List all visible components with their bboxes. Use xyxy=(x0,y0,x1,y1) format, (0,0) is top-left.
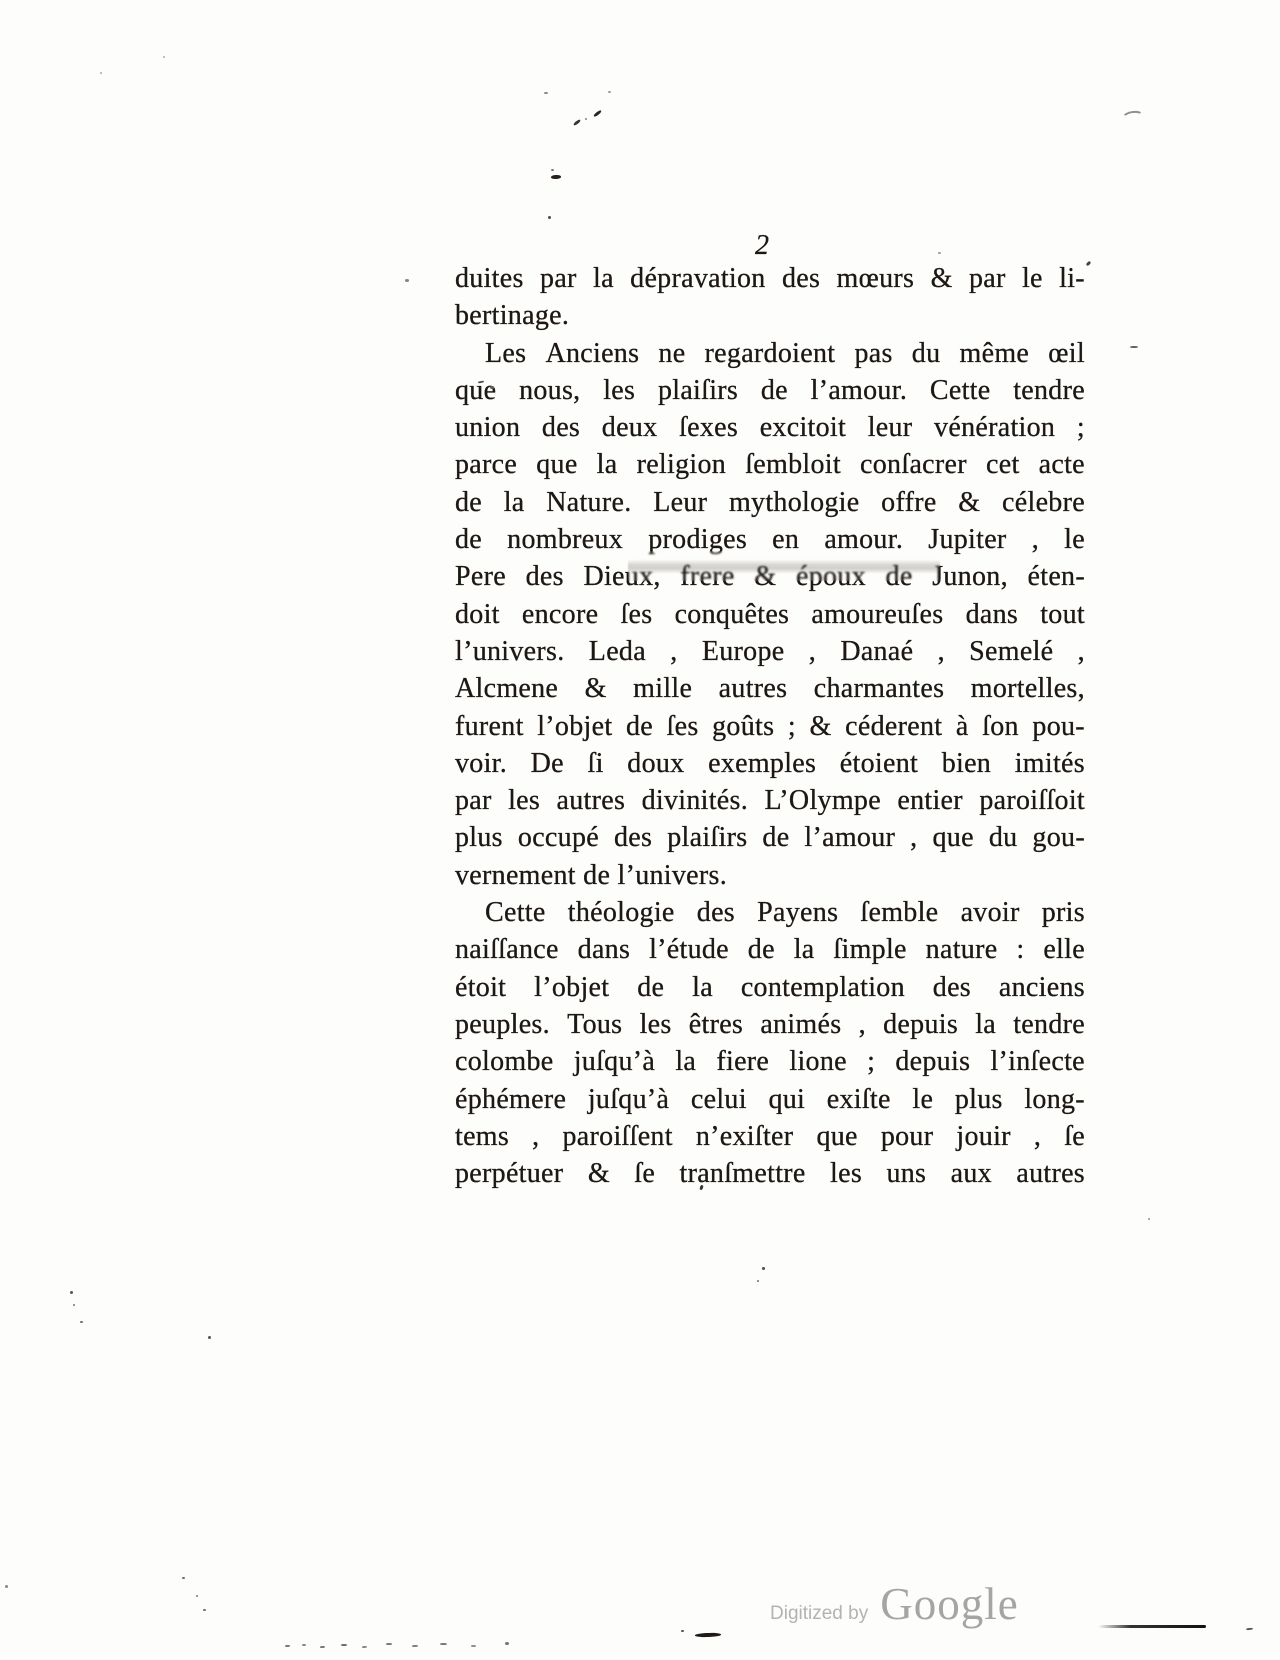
scan-speck xyxy=(762,1267,765,1270)
text-line: parcequelareligionſembloitconſacrercetac… xyxy=(455,446,1085,483)
scan-speck xyxy=(551,169,554,171)
scan-speck xyxy=(608,91,611,93)
scan-speck xyxy=(695,1633,721,1638)
text-line: perpétuer&ſetranſmettrelesunsauxautres xyxy=(455,1155,1085,1192)
scan-speck xyxy=(73,1304,75,1306)
text-line: plusoccupédesplaiſirsdel’amour,quedugou- xyxy=(455,819,1085,856)
paragraph: LesAnciensneregardoientpasdumêmeœilqueno… xyxy=(455,335,1085,894)
scan-speck xyxy=(593,110,602,118)
text-line: uniondesdeuxſexesexcitoitleurvénération; xyxy=(455,409,1085,446)
text-line: duitesparladépravationdesmœurs&parleli- xyxy=(455,260,1085,297)
text-block: duitesparladépravationdesmœurs&parleli-b… xyxy=(455,260,1085,1192)
scan-speck xyxy=(1148,1218,1150,1220)
text-line: quenous,lesplaiſirsdel’amour.Cettetendre xyxy=(455,372,1085,409)
scan-speck xyxy=(490,386,494,389)
scan-speck xyxy=(203,1609,206,1611)
text-line: colombejuſqu’àlafierelione;depuisl’inſec… xyxy=(455,1043,1085,1080)
text-line: tems,paroiſſentn’exiſterquepourjouir,ſe xyxy=(455,1118,1085,1155)
scan-speck xyxy=(681,1630,684,1632)
scan-speck xyxy=(182,1577,185,1579)
text-line: doitencoreſesconquêtesamoureuſesdanstout xyxy=(455,596,1085,633)
text-line: CettethéologiedesPayensſembleavoirpris xyxy=(455,894,1085,931)
text-line: LesAnciensneregardoientpasdumêmeœil xyxy=(455,335,1085,372)
scan-speck xyxy=(405,279,409,282)
scan-speck xyxy=(100,72,102,74)
scan-speck xyxy=(70,1291,73,1294)
scan-speck xyxy=(938,252,941,254)
scan-speck xyxy=(471,1645,476,1647)
scan-speck xyxy=(5,1585,8,1588)
scan-speck xyxy=(208,1336,211,1339)
scan-speck xyxy=(320,1646,325,1648)
scan-speck xyxy=(440,1643,447,1645)
scan-speck xyxy=(80,1321,83,1323)
digitized-by-label: Digitized by xyxy=(770,1603,868,1625)
google-watermark: Digitized by Google xyxy=(770,1578,1070,1630)
scan-speck xyxy=(1130,346,1138,348)
scan-mark-tilde xyxy=(1121,110,1144,125)
text-line: étoitl’objetdelacontemplationdesanciens xyxy=(455,969,1085,1006)
ink-smudge xyxy=(628,551,940,581)
text-line: voir.Deſidouxexemplesétoientbienimités xyxy=(455,745,1085,782)
text-line: l’univers.Leda,Europe,Danaé,Semelé, xyxy=(455,633,1085,670)
scan-speck xyxy=(412,1645,418,1647)
scan-speck xyxy=(505,1642,509,1645)
scan-speck xyxy=(302,1644,306,1646)
scan-speck xyxy=(163,56,165,58)
scan-speck xyxy=(341,1644,347,1646)
scan-speck xyxy=(544,92,548,94)
text-line: naiſſancedansl’étudedelaſimplenature:ell… xyxy=(455,931,1085,968)
text-line: furentl’objetdeſesgoûts;&céderentàſonpou… xyxy=(455,708,1085,745)
text-line: bertinage. xyxy=(455,297,1085,334)
page: 2 duitesparladépravationdesmœurs&parleli… xyxy=(0,0,1280,1660)
scan-speck xyxy=(585,118,587,120)
scan-speck xyxy=(757,1280,759,1282)
scan-speck xyxy=(1086,261,1092,267)
page-number: 2 xyxy=(746,230,778,262)
text-line: delaNature.Leurmythologieoffre&célebre xyxy=(455,484,1085,521)
text-line: peuples.Touslesêtresanimés,depuislatendr… xyxy=(455,1006,1085,1043)
scan-speck xyxy=(551,175,561,180)
scan-speck xyxy=(573,119,581,126)
scan-speck xyxy=(548,216,551,219)
text-line: Alcmene&milleautrescharmantesmortelles, xyxy=(455,670,1085,707)
paragraph: CettethéologiedesPayensſembleavoirprisna… xyxy=(455,894,1085,1192)
text-line: éphémerejuſqu’àceluiquiexiſtelepluslong- xyxy=(455,1081,1085,1118)
google-logo: Google xyxy=(880,1578,1018,1630)
text-line: vernement de l’univers. xyxy=(455,857,1085,894)
scan-speck xyxy=(196,1595,198,1597)
scan-mark-dash xyxy=(1098,1625,1206,1628)
scan-speck xyxy=(1246,1628,1253,1631)
paragraph: duitesparladépravationdesmœurs&parleli-b… xyxy=(455,260,1085,335)
text-line: parlesautresdivinités.L’Olympeentierparo… xyxy=(455,782,1085,819)
scan-speck xyxy=(386,1643,392,1645)
scan-speck xyxy=(362,1646,367,1648)
scan-speck xyxy=(285,1645,290,1647)
